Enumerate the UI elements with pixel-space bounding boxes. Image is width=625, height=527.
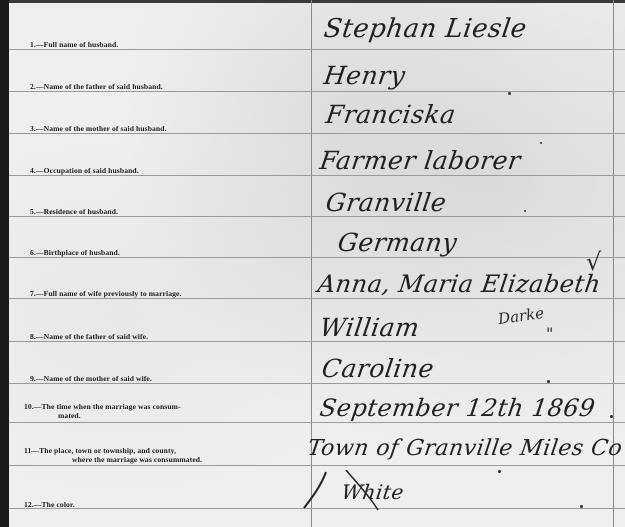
entry-husband-residence: Granville <box>324 188 448 217</box>
label-text: Name of the mother of said wife. <box>44 374 152 383</box>
row-rule-10 <box>9 422 625 423</box>
field-label-husband-residence: 5.—Residence of husband. <box>30 207 310 216</box>
entry-husband-father: Henry <box>322 61 407 90</box>
dash: — <box>36 124 44 133</box>
label-text: Name of the father of said husband. <box>44 82 163 91</box>
ink-speck <box>508 92 511 95</box>
label-text-continued: mated. <box>24 411 304 420</box>
ink-speck <box>547 380 550 383</box>
dash: — <box>36 289 44 298</box>
label-text: Full name of husband. <box>44 40 119 49</box>
ink-speck <box>540 142 542 144</box>
entry-husband-name: Stephan Liesle <box>322 14 529 44</box>
document-page: 1.—Full name of husband. 2.—Name of the … <box>0 0 625 527</box>
label-text: The time when the marriage was consum- <box>42 402 181 411</box>
row-number: 12. <box>24 500 34 509</box>
dash: — <box>36 248 44 257</box>
entry-husband-occupation: Farmer laborer <box>318 146 523 175</box>
field-label-marriage-time: 10.—The time when the marriage was consu… <box>24 402 304 420</box>
row-number: 10. <box>24 402 34 411</box>
label-text: Birthplace of husband. <box>44 248 120 257</box>
entry-wife-mother: Caroline <box>320 354 436 383</box>
field-label-husband-mother: 3.—Name of the mother of said husband. <box>30 124 310 133</box>
ink-speck <box>610 415 613 418</box>
field-label-wife-maiden-name: 7.—Full name of wife previously to marri… <box>30 289 310 298</box>
field-label-wife-father: 8.—Name of the father of said wife. <box>30 332 310 341</box>
field-label-color: 12.—The color. <box>24 500 304 509</box>
check-mark-icon: √ <box>586 248 601 276</box>
entry-husband-mother: Franciska <box>324 100 458 129</box>
label-text-continued: where the marriage was consummated. <box>24 455 304 464</box>
page-top-edge <box>0 0 625 3</box>
ditto-mark: " <box>546 324 553 343</box>
label-text: Residence of husband. <box>44 207 118 216</box>
row-rule-2 <box>9 91 625 92</box>
row-rule-6 <box>9 257 625 258</box>
dash: — <box>36 374 44 383</box>
dash: — <box>34 402 42 411</box>
ink-speck <box>498 470 501 473</box>
entry-marriage-date: September 12th 1869 <box>318 394 597 422</box>
ink-speck <box>580 505 583 508</box>
dash: — <box>36 82 44 91</box>
row-rule-9 <box>9 383 625 384</box>
pen-stroke-marks <box>300 470 420 527</box>
dash: — <box>36 166 44 175</box>
entry-wife-father: William <box>318 313 421 342</box>
field-label-husband-birthplace: 6.—Birthplace of husband. <box>30 248 310 257</box>
wife-surname-annotation: Darke <box>497 304 545 328</box>
row-rule-4 <box>9 175 625 176</box>
row-rule-1 <box>9 49 625 50</box>
row-rule-11 <box>9 465 625 466</box>
entry-husband-birthplace: Germany <box>336 228 459 257</box>
field-label-marriage-place: 11—The place, town or township, and coun… <box>24 446 304 464</box>
field-label-husband-name: 1.—Full name of husband. <box>30 40 310 49</box>
ink-speck <box>524 210 526 212</box>
field-label-husband-father: 2.—Name of the father of said husband. <box>30 82 310 91</box>
field-label-wife-mother: 9.—Name of the mother of said wife. <box>30 374 310 383</box>
dash: — <box>31 446 39 455</box>
entry-wife-maiden-name: Anna, Maria Elizabeth <box>316 270 603 298</box>
row-rule-3 <box>9 133 625 134</box>
page-left-binding-edge <box>0 0 9 527</box>
dash: — <box>36 40 44 49</box>
label-text: The place, town or township, and county, <box>39 446 176 455</box>
row-rule-5 <box>9 216 625 217</box>
entry-marriage-place: Town of Granville Miles Co <box>306 436 624 461</box>
label-text: Occupation of said husband. <box>44 166 139 175</box>
label-text: Name of the mother of said husband. <box>44 124 167 133</box>
label-text: Name of the father of said wife. <box>44 332 149 341</box>
label-text: The color. <box>42 500 75 509</box>
row-rule-7 <box>9 298 625 299</box>
dash: — <box>36 207 44 216</box>
dash: — <box>36 332 44 341</box>
field-label-husband-occupation: 4.—Occupation of said husband. <box>30 166 310 175</box>
label-text: Full name of wife previously to marriage… <box>44 289 182 298</box>
dash: — <box>34 500 42 509</box>
